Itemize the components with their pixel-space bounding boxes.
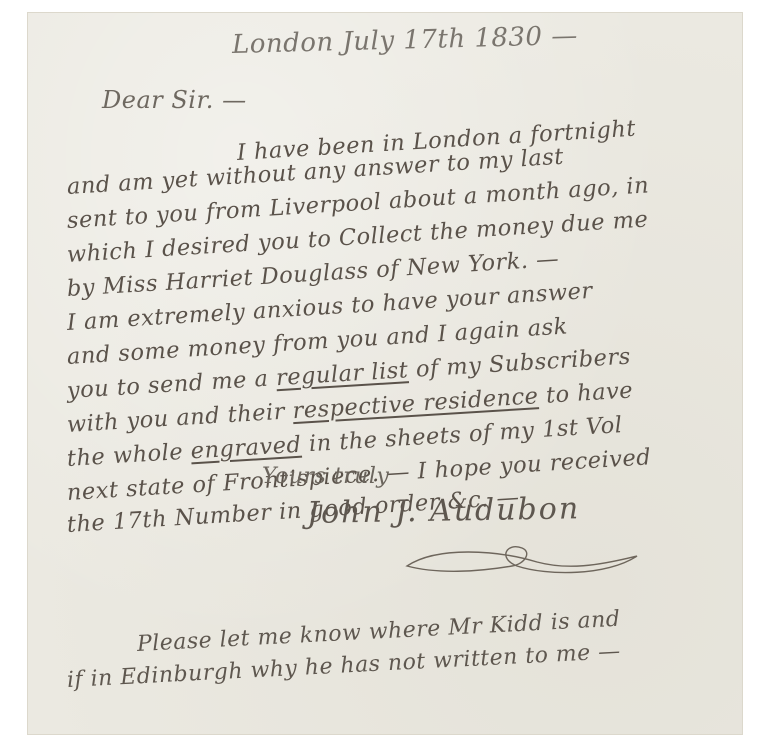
letter-text: the whole	[66, 439, 184, 472]
underlined-text: respective residence	[292, 383, 539, 424]
letter-salutation: Dear Sir. —	[102, 86, 247, 114]
underlined-text: regular list	[275, 357, 409, 391]
underlined-text: engraved	[190, 432, 302, 465]
letter-text: to have	[545, 377, 634, 408]
letter-closing: Yours truly	[262, 464, 389, 489]
letter-page: London July 17th 1830 — Dear Sir. — I ha…	[27, 12, 743, 735]
letter-dateline: London July 17th 1830 —	[232, 21, 579, 60]
letter-text: with you and their	[66, 399, 285, 438]
letter-text: you to send me a	[66, 366, 269, 404]
letter-text: of my Subscribers	[415, 344, 631, 383]
letter-signature: John J. Audubon	[307, 491, 581, 531]
signature-flourish-icon	[397, 536, 657, 576]
